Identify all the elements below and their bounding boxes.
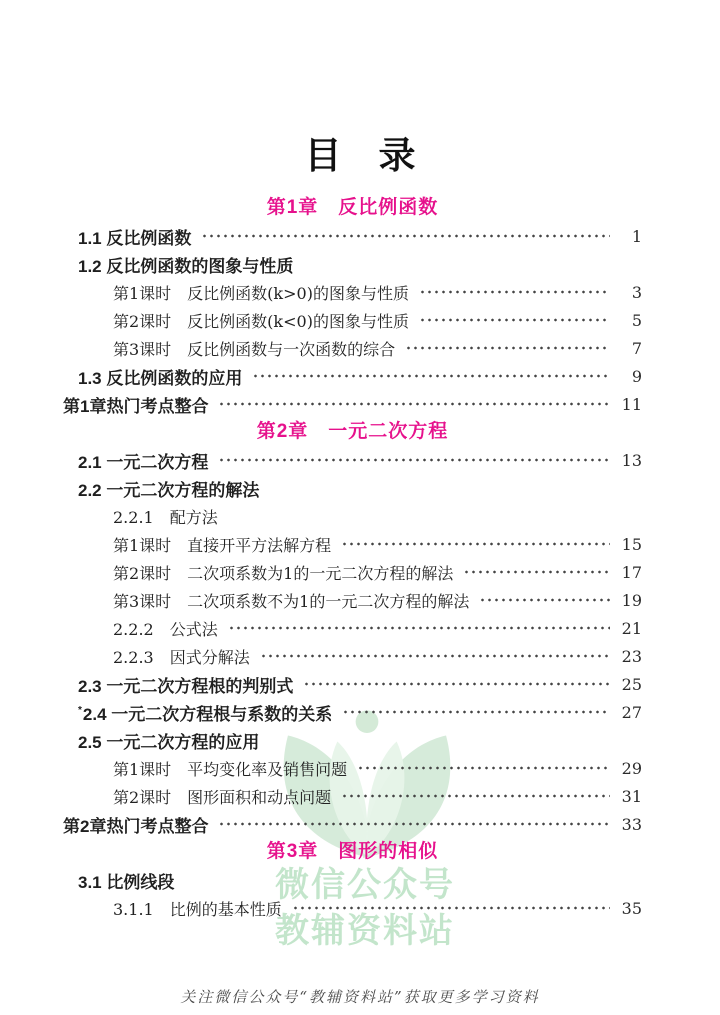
footer-note: 关注微信公众号“教辅资料站”获取更多学习资料 [0,986,720,1007]
page-number: 29 [618,759,642,778]
toc-entry: 第1课时 直接开平方法解方程15 [113,530,642,558]
dotted-leader [260,652,610,660]
page-number: 33 [618,815,642,834]
optional-star-marker: * [78,705,82,716]
toc-entry: *2.4 一元二次方程根与系数的关系27 [78,698,642,726]
toc: 第1章 反比例函数1.1 反比例函数11.2 反比例函数的图象与性质第1课时 反… [63,194,642,922]
dotted-leader [463,568,610,576]
toc-entry: 2.2.1 配方法 [113,502,642,530]
toc-entry: 第2课时 二次项系数为1的一元二次方程的解法17 [113,558,642,586]
dotted-leader [357,764,610,772]
toc-entry: 第1课时 反比例函数(k>0)的图象与性质3 [113,278,642,306]
dotted-leader [201,232,610,240]
toc-entry: 1.2 反比例函数的图象与性质 [78,250,642,278]
entry-label: 1.3 反比例函数的应用 [78,364,242,389]
dotted-leader [228,624,610,632]
page-number: 23 [618,647,642,666]
chapter-heading: 第2章 一元二次方程 [63,418,642,446]
dotted-leader [342,708,610,716]
page-number: 3 [618,283,642,302]
entry-label: 第3课时 二次项系数不为1的一元二次方程的解法 [113,589,469,612]
page-number: 21 [618,619,642,638]
page-number: 11 [618,395,642,414]
toc-entry: 2.2 一元二次方程的解法 [78,474,642,502]
toc-entry: 3.1 比例线段 [78,866,642,894]
entry-label: 3.1.1 比例的基本性质 [113,897,282,920]
toc-entry: 第3课时 反比例函数与一次函数的综合7 [113,334,642,362]
toc-page: 微信公众号 教辅资料站 目 录 第1章 反比例函数1.1 反比例函数11.2 反… [0,0,720,1015]
entry-label: 2.2.3 因式分解法 [113,645,250,668]
entry-label: 第2课时 图形面积和动点问题 [113,785,331,808]
entry-label: 第3课时 反比例函数与一次函数的综合 [113,337,395,360]
toc-entry: 2.1 一元二次方程13 [78,446,642,474]
page-number: 17 [618,563,642,582]
toc-entry: 2.2.3 因式分解法23 [113,642,642,670]
entry-label: 第2章热门考点整合 [63,812,208,837]
toc-entry: 第2课时 图形面积和动点问题31 [113,782,642,810]
dotted-leader [405,344,610,352]
entry-label: 2.2.2 公式法 [113,617,218,640]
dotted-leader [252,372,610,380]
dotted-leader [218,456,610,464]
toc-entry: 第1章热门考点整合11 [63,390,642,418]
entry-label: 第2课时 二次项系数为1的一元二次方程的解法 [113,561,453,584]
entry-label: 第1课时 平均变化率及销售问题 [113,757,347,780]
page-number: 19 [618,591,642,610]
toc-entry: 2.5 一元二次方程的应用 [78,726,642,754]
dotted-leader [218,400,610,408]
dotted-leader [479,596,610,604]
dotted-leader [218,820,610,828]
dotted-leader [341,792,610,800]
toc-entry: 1.1 反比例函数1 [78,222,642,250]
page-number: 13 [618,451,642,470]
toc-entry: 第2章热门考点整合33 [63,810,642,838]
toc-entry: 1.3 反比例函数的应用9 [78,362,642,390]
toc-entry: 3.1.1 比例的基本性质35 [113,894,642,922]
entry-label: 第1课时 直接开平方法解方程 [113,533,331,556]
page-number: 31 [618,787,642,806]
page-number: 1 [618,227,642,246]
page-number: 15 [618,535,642,554]
page-number: 5 [618,311,642,330]
entry-label: 2.2 一元二次方程的解法 [78,476,259,501]
page-number: 9 [618,367,642,386]
dotted-leader [292,904,610,912]
dotted-leader [341,540,610,548]
entry-label: 第1课时 反比例函数(k>0)的图象与性质 [113,281,409,304]
toc-entry: 第2课时 反比例函数(k<0)的图象与性质5 [113,306,642,334]
dotted-leader [419,316,610,324]
chapter-heading: 第3章 图形的相似 [63,838,642,866]
entry-label: 1.1 反比例函数 [78,224,191,249]
page-number: 35 [618,899,642,918]
page-number: 25 [618,675,642,694]
entry-label: 2.3 一元二次方程根的判别式 [78,672,293,697]
entry-label: 2.5 一元二次方程的应用 [78,728,259,753]
entry-label: 3.1 比例线段 [78,868,174,893]
entry-label: 2.2.1 配方法 [113,505,218,528]
entry-label: *2.4 一元二次方程根与系数的关系 [78,700,332,725]
chapter-heading: 第1章 反比例函数 [63,194,642,222]
entry-label: 第1章热门考点整合 [63,392,208,417]
entry-label: 2.1 一元二次方程 [78,448,208,473]
page-number: 27 [618,703,642,722]
page-number: 7 [618,339,642,358]
toc-entry: 2.3 一元二次方程根的判别式25 [78,670,642,698]
dotted-leader [419,288,610,296]
toc-entry: 第1课时 平均变化率及销售问题29 [113,754,642,782]
dotted-leader [303,680,610,688]
toc-entry: 2.2.2 公式法21 [113,614,642,642]
entry-label: 1.2 反比例函数的图象与性质 [78,252,293,277]
page-title: 目 录 [0,133,720,177]
toc-entry: 第3课时 二次项系数不为1的一元二次方程的解法19 [113,586,642,614]
entry-label: 第2课时 反比例函数(k<0)的图象与性质 [113,309,409,332]
